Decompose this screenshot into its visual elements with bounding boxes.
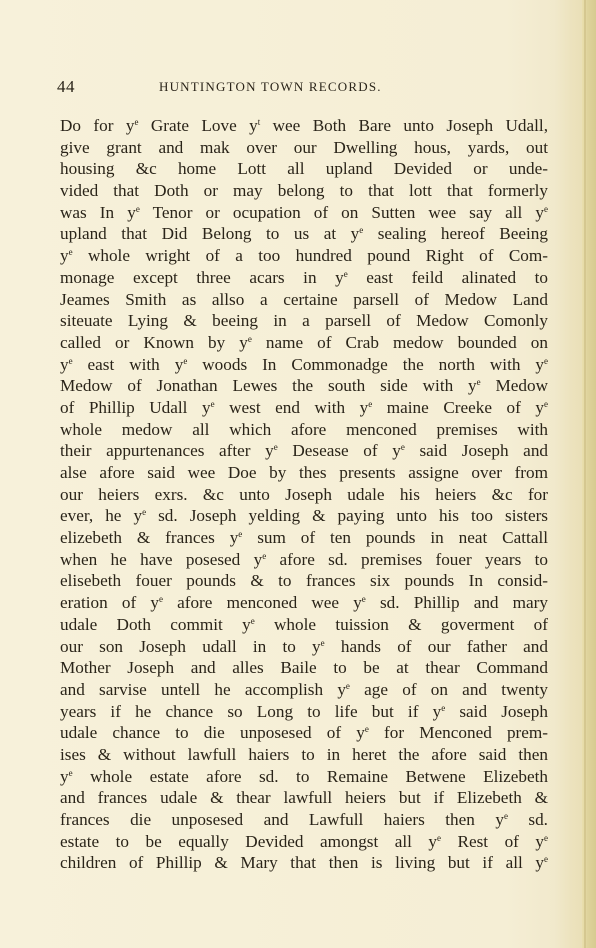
text-line: upland that Did Belong to us at ye seali… xyxy=(60,223,548,245)
text-line: and frances udale & thear lawfull heiers… xyxy=(60,787,548,809)
text-line: vided that Doth or may belong to that lo… xyxy=(60,180,548,202)
text-line: their appurtenances after ye Desease of … xyxy=(60,440,548,462)
text-line: ises & without lawfull haiers to in here… xyxy=(60,744,548,766)
text-line: called or Known by ye name of Crab medow… xyxy=(60,332,548,354)
text-line: Medow of Jonathan Lewes the south side w… xyxy=(60,375,548,397)
text-line: monage except three acars in ye east fei… xyxy=(60,267,548,289)
text-line: Do for ye Grate Love yt wee Both Bare un… xyxy=(60,115,548,137)
page-number: 44 xyxy=(57,77,75,97)
body-text: Do for ye Grate Love yt wee Both Bare un… xyxy=(60,115,548,874)
text-line: children of Phillip & Mary that then is … xyxy=(60,852,548,874)
text-line: eration of ye afore menconed wee ye sd. … xyxy=(60,592,548,614)
text-line: udale chance to die unposesed of ye for … xyxy=(60,722,548,744)
text-line: years if he chance so Long to life but i… xyxy=(60,701,548,723)
text-line: frances die unposesed and Lawfull haiers… xyxy=(60,809,548,831)
book-page: 44 HUNTINGTON TOWN RECORDS. Do for ye Gr… xyxy=(0,0,596,948)
text-line: estate to be equally Devided amongst all… xyxy=(60,831,548,853)
text-line: whole medow all which afore menconed pre… xyxy=(60,419,548,441)
text-line: Jeames Smith as allso a certaine parsell… xyxy=(60,289,548,311)
text-line: elisebeth fouer pounds & to frances six … xyxy=(60,570,548,592)
text-line: Mother Joseph and alles Baile to be at t… xyxy=(60,657,548,679)
text-line: was In ye Tenor or ocupation of on Sutte… xyxy=(60,202,548,224)
text-line: our heiers exrs. &c unto Joseph udale hi… xyxy=(60,484,548,506)
text-line: and sarvise untell he accomplish ye age … xyxy=(60,679,548,701)
running-head-title: HUNTINGTON TOWN RECORDS. xyxy=(159,79,382,95)
page-header: 44 HUNTINGTON TOWN RECORDS. xyxy=(57,77,537,99)
text-line: ever, he ye sd. Joseph yelding & paying … xyxy=(60,505,548,527)
text-line: give grant and mak over our Dwelling hou… xyxy=(60,137,548,159)
text-line: udale Doth commit ye whole tuission & go… xyxy=(60,614,548,636)
text-line: ye whole wright of a too hundred pound R… xyxy=(60,245,548,267)
text-line: of Phillip Udall ye west end with ye mai… xyxy=(60,397,548,419)
text-line: siteuate Lying & beeing in a parsell of … xyxy=(60,310,548,332)
text-line: housing &c home Lott all upland Devided … xyxy=(60,158,548,180)
text-line: alse afore said wee Doe by thes presents… xyxy=(60,462,548,484)
text-line: ye whole estate afore sd. to Remaine Bet… xyxy=(60,766,548,788)
text-line: our son Joseph udall in to ye hands of o… xyxy=(60,636,548,658)
text-line: when he have posesed ye afore sd. premis… xyxy=(60,549,548,571)
text-line: ye east with ye woods In Commonadge the … xyxy=(60,354,548,376)
text-line: elizebeth & frances ye sum of ten pounds… xyxy=(60,527,548,549)
page-gutter-line xyxy=(584,0,586,948)
